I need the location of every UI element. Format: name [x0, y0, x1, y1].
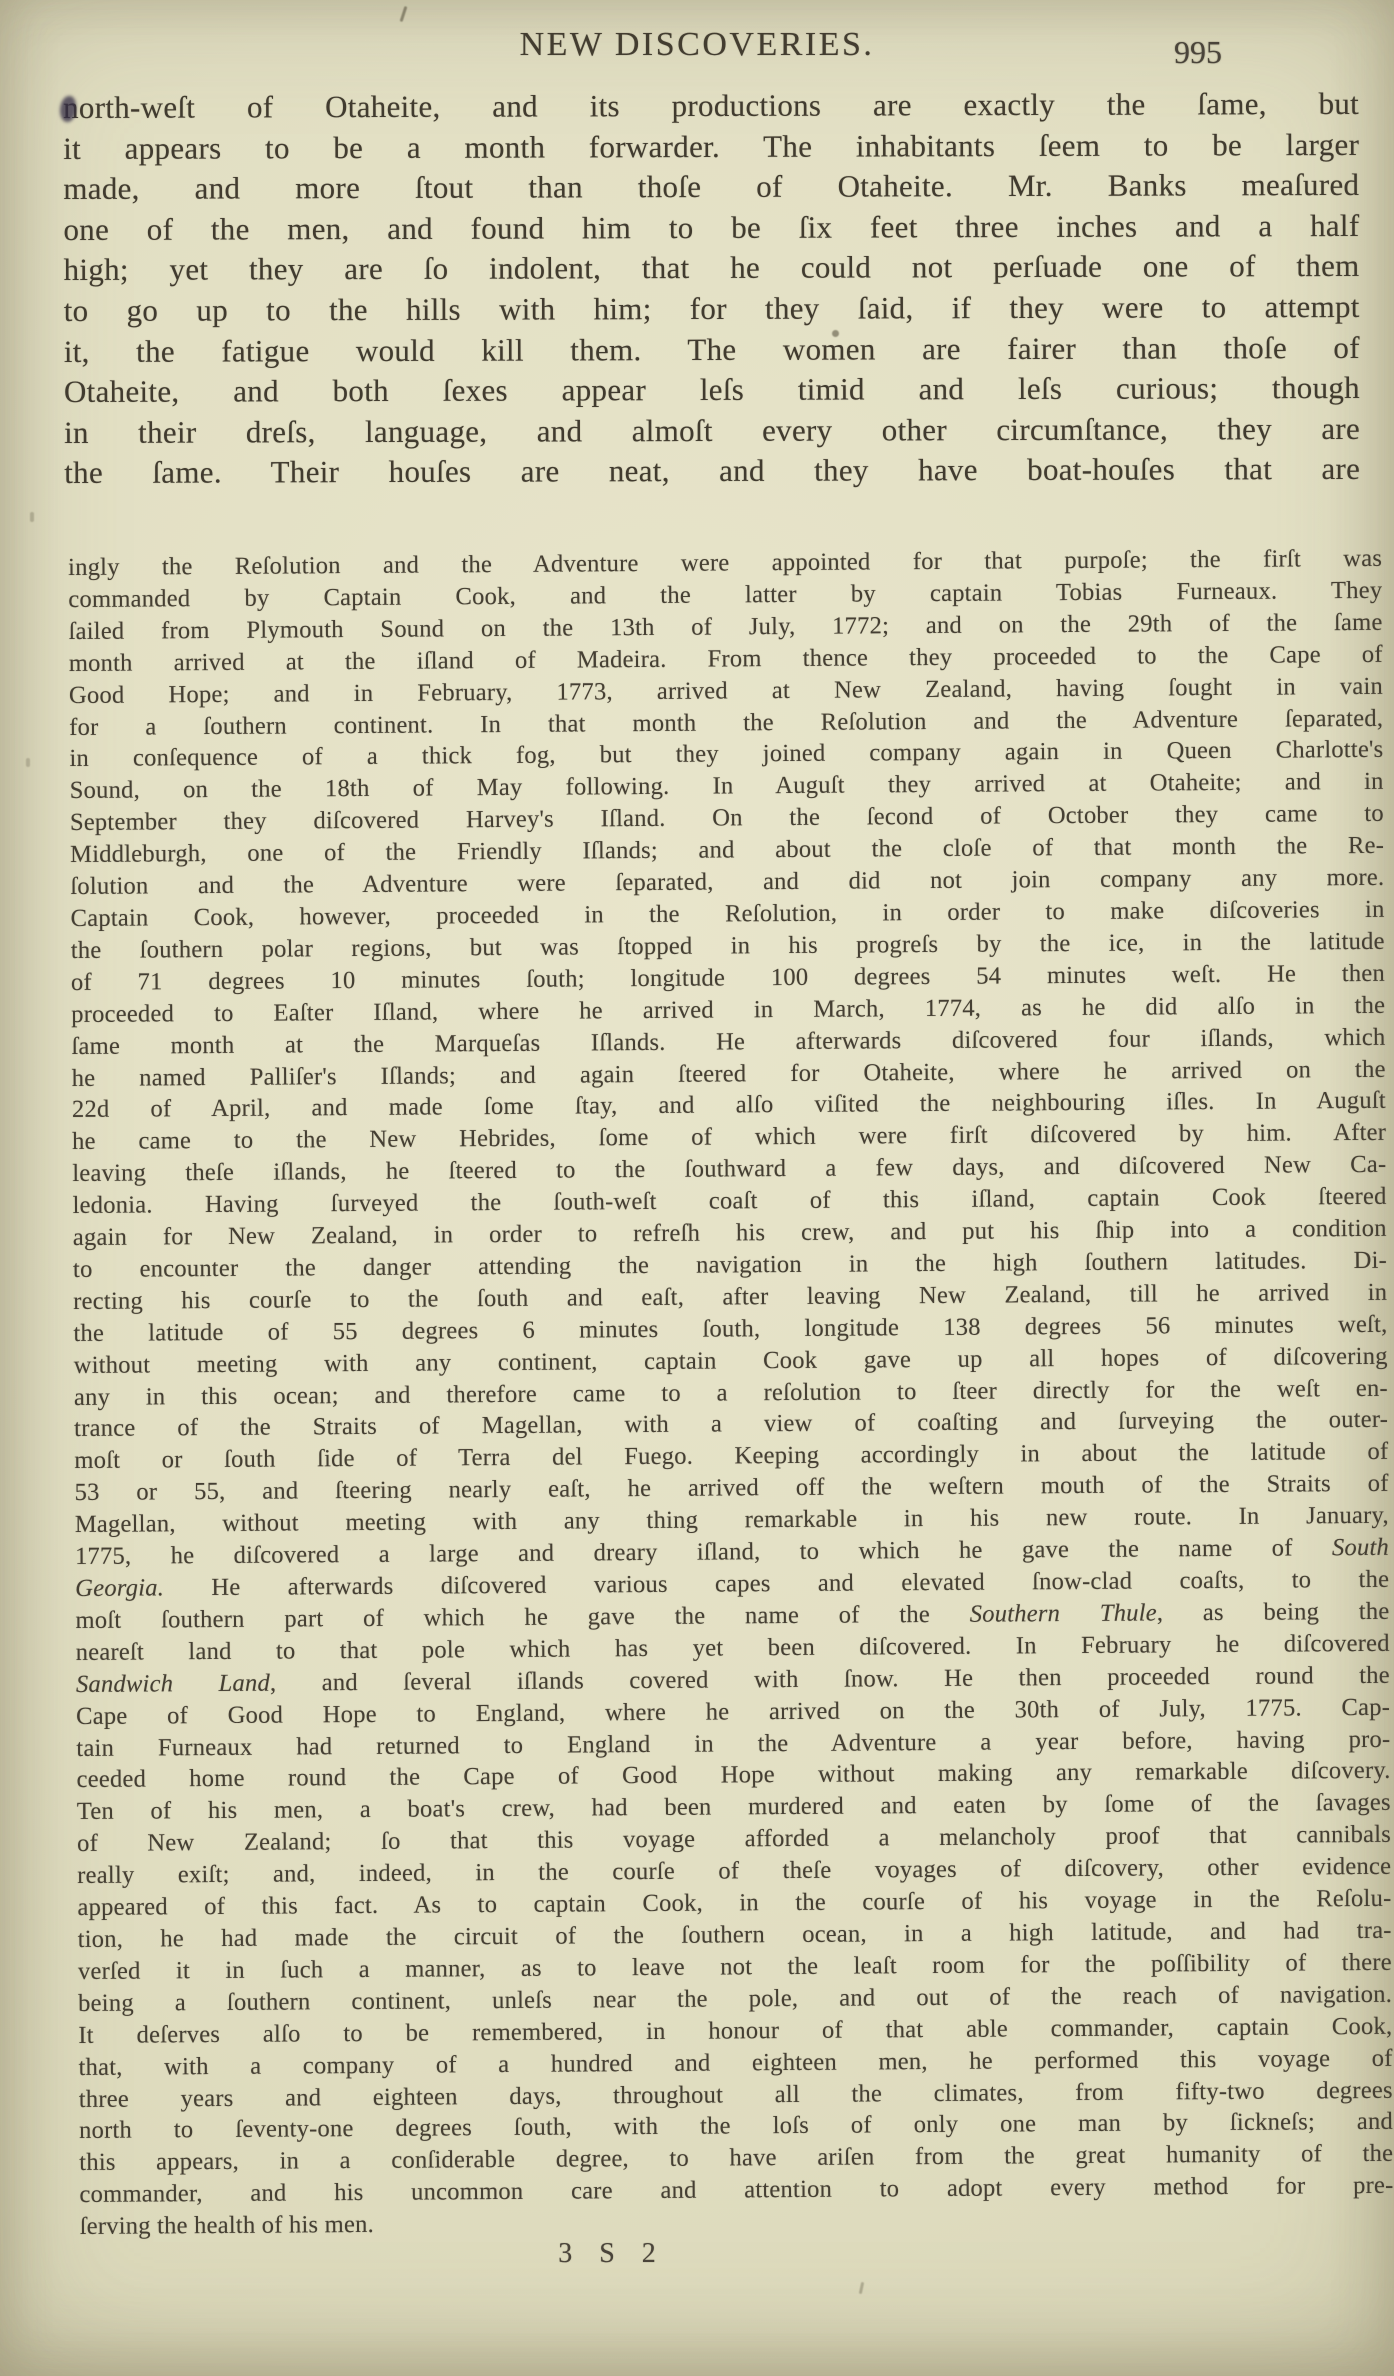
- signature-mark: 3 S 2: [0, 2238, 1269, 2270]
- text-line: north-weſt of Otaheite, and its producti…: [63, 84, 1359, 129]
- page-header: NEW DISCOVERIES. 995: [0, 26, 1394, 76]
- paper-speck: [400, 6, 408, 22]
- scanned-book-page: { "colors": { "paper": "#e2dfc3", "ink":…: [0, 0, 1394, 2376]
- text-line: to go up to the hills with him; for they…: [64, 287, 1360, 332]
- text-line: in their dreſs, language, and almoſt eve…: [64, 409, 1360, 454]
- text-line: the ſame. Their houſes are neat, and the…: [64, 449, 1360, 494]
- text-line: it appears to be a month forwarder. The …: [63, 125, 1359, 170]
- page-number: 995: [1174, 34, 1222, 71]
- main-paragraph: north-weſt of Otaheite, and its producti…: [63, 84, 1360, 494]
- text-line: made, and more ſtout than thoſe of Otahe…: [63, 165, 1359, 210]
- paper-speck: [30, 512, 34, 522]
- paper-speck: [859, 2282, 864, 2294]
- footnote-block: ingly the Reſolution and the Adventure w…: [68, 543, 1394, 2243]
- paper-speck: [26, 758, 30, 767]
- text-line: one of the men, and found him to be ſix …: [63, 206, 1359, 251]
- text-line: high; yet they are ſo indolent, that he …: [64, 246, 1360, 291]
- paper-speck: [832, 330, 839, 337]
- text-line: it, the fatigue would kill them. The wom…: [64, 327, 1360, 372]
- text-line: Otaheite, and both ſexes appear leſs tim…: [64, 368, 1360, 413]
